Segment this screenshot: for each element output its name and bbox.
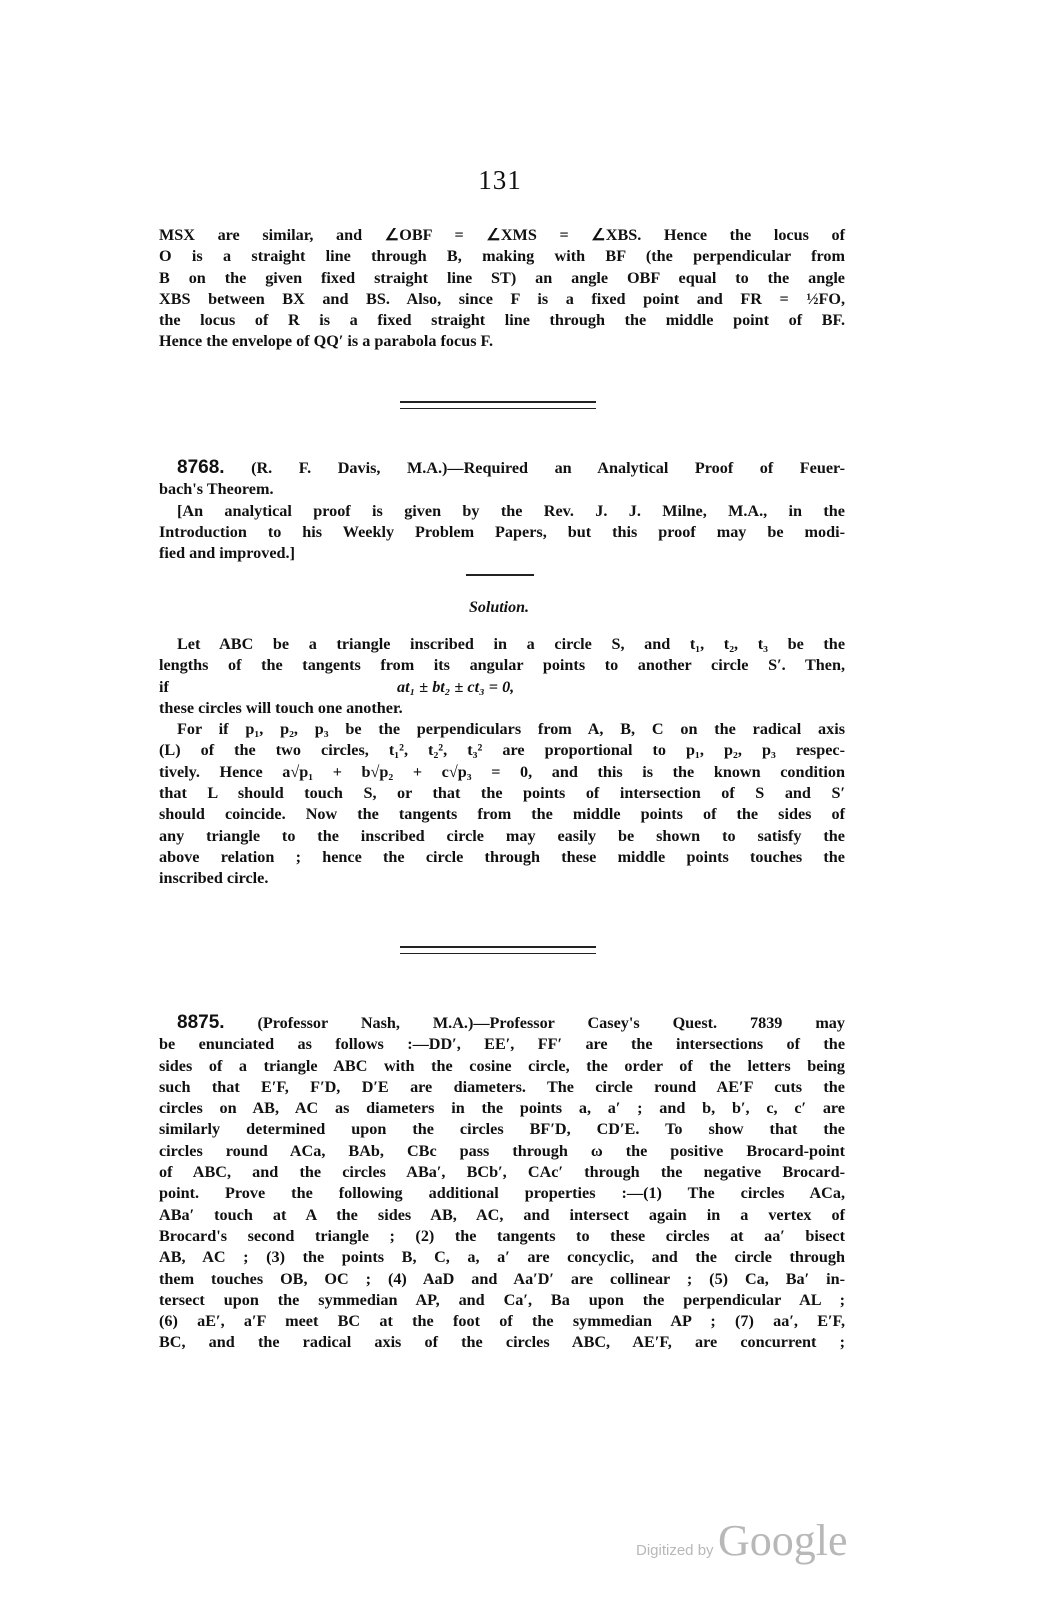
problem-8875: 8875. (Professor Nash, M.A.)—Professor C… [159,1012,845,1354]
text-line: circles on AB, AC as diameters in the po… [159,1098,845,1119]
text-line: MSX are similar, and ∠OBF = ∠XMS = ∠XBS.… [159,225,845,246]
text-line: O is a straight line through B, making w… [159,246,845,267]
text-line: BC, and the radical axis of the circles … [159,1332,845,1353]
text-line: the locus of R is a fixed straight line … [159,310,845,331]
text-line: tively. Hence a√p₁ + b√p₂ + c√p₃ = 0, an… [159,762,845,783]
text-line: tersect upon the symmedian AP, and Ca′, … [159,1290,845,1311]
text-line: sides of a triangle ABC with the cosine … [159,1056,845,1077]
text-line: (L) of the two circles, t₁², t₂², t₃² ar… [159,740,845,761]
text-line: Hence the envelope of QQ′ is a parabola … [159,331,845,352]
text-line: them touches OB, OC ; (4) AaD and Aa′D′ … [159,1269,845,1290]
continuation-paragraph: MSX are similar, and ∠OBF = ∠XMS = ∠XBS.… [159,225,845,353]
problem-number: 8875. [177,1012,225,1033]
editor-note-line: Introduction to his Weekly Problem Paper… [159,522,845,543]
text-line: that L should touch S, or that the point… [159,783,845,804]
formula: at₁ ± bt₂ ± ct₃ = 0, [397,677,514,698]
editor-note-line: fied and improved.] [159,543,845,564]
watermark-prefix: Digitized by [636,1542,714,1559]
solution-body: Let ABC be a triangle inscribed in a cir… [159,634,845,890]
text-line: Brocard's second triangle ; (2) the tang… [159,1226,845,1247]
google-logo: Google [718,1516,848,1565]
text-line: any triangle to the inscribed circle may… [159,826,845,847]
section-divider [400,946,596,954]
text-line: circles round ACa, BAb, CBc pass through… [159,1141,845,1162]
text-line: For if p₁, p₂, p₃ be the perpendiculars … [159,719,845,740]
text-line: be enunciated as follows :—DD′, EE′, FF′… [159,1034,845,1055]
text-line: similarly determined upon the circles BF… [159,1119,845,1140]
text-line: lengths of the tangents from its angular… [159,655,845,676]
problem-header: 8768. (R. F. Davis, M.A.)—Required an An… [159,457,845,479]
text-line: these circles will touch one another. [159,698,845,719]
text-line: point. Prove the following additional pr… [159,1183,845,1204]
short-divider [466,574,534,576]
problem-8768: 8768. (R. F. Davis, M.A.)—Required an An… [159,457,845,564]
page-number: 131 [0,165,1000,196]
text-line: (6) aE′, a′F meet BC at the foot of the … [159,1311,845,1332]
text-line: above relation ; hence the circle throug… [159,847,845,868]
problem-header-text: (Professor Nash, M.A.)—Professor Casey's… [257,1014,845,1032]
problem-number: 8768. [177,457,225,478]
text-line: B on the given fixed straight line ST) a… [159,268,845,289]
problem-header-cont: bach's Theorem. [159,479,845,500]
digitized-by-google-watermark: Digitized by Google [636,1515,848,1566]
text-line: AB, AC ; (3) the points B, C, a, a′ are … [159,1247,845,1268]
text-line: XBS between BX and BS. Also, since F is … [159,289,845,310]
formula-if: if [159,677,169,698]
solution-heading: Solution. [0,599,998,617]
text-line: ABa′ touch at A the sides AB, AC, and in… [159,1205,845,1226]
problem-header: 8875. (Professor Nash, M.A.)—Professor C… [159,1012,845,1034]
text-line: Let ABC be a triangle inscribed in a cir… [159,634,845,655]
text-line: of ABC, and the circles ABa′, BCb′, CAc′… [159,1162,845,1183]
section-divider [400,401,596,409]
editor-note-line: [An analytical proof is given by the Rev… [159,501,845,522]
text-line: inscribed circle. [159,868,845,889]
text-line: should coincide. Now the tangents from t… [159,804,845,825]
problem-header-text: (R. F. Davis, M.A.)—Required an Analytic… [251,459,845,477]
text-line: such that E′F, F′D, D′E are diameters. T… [159,1077,845,1098]
formula-line: if at₁ ± bt₂ ± ct₃ = 0, [159,677,845,698]
